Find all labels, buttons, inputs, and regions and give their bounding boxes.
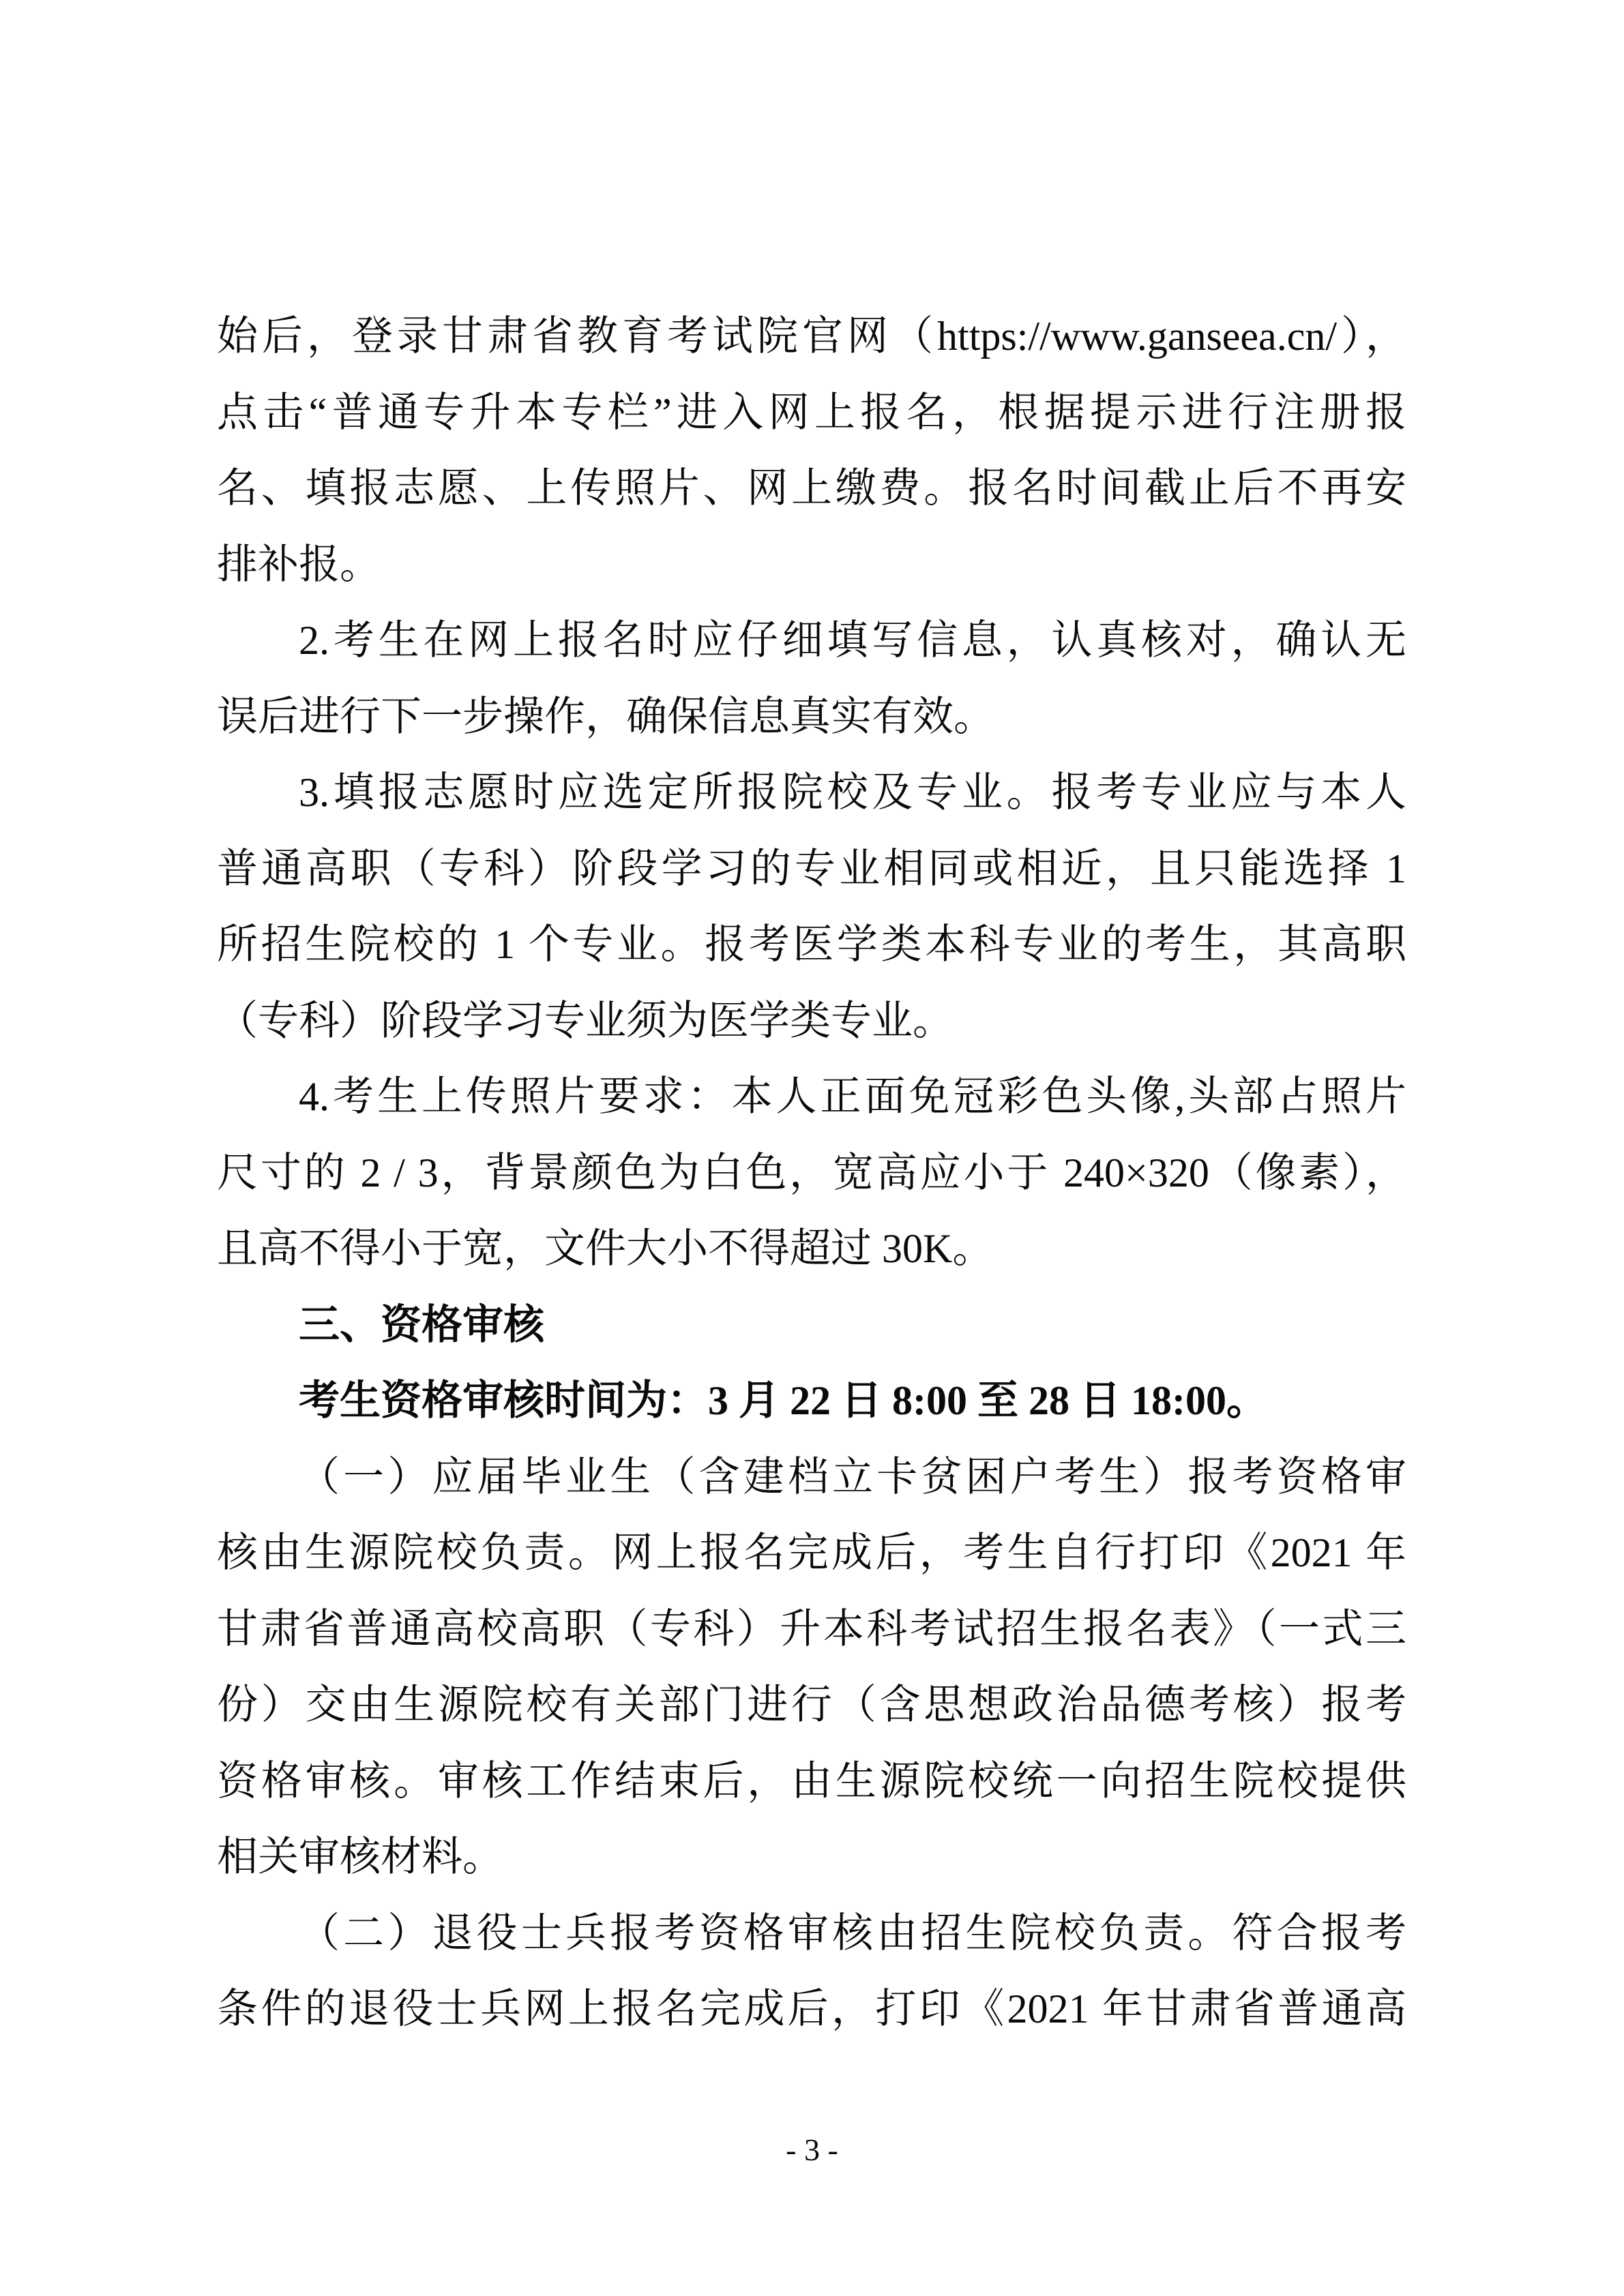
paragraph: 4.考生上传照片要求：本人正面免冠彩色头像,头部占照片 尺寸的 2 / 3，背景…	[217, 1059, 1406, 1287]
text-line: （二）退役士兵报考资格审核由招生院校负责。符合报考	[217, 1896, 1406, 1972]
text-line: 2.考生在网上报名时应仔细填写信息，认真核对，确认无	[217, 603, 1406, 679]
text-line: 份）交由生源院校有关部门进行（含思想政治品德考核）报考	[217, 1667, 1406, 1744]
text-line: （一）应届毕业生（含建档立卡贫困户考生）报考资格审	[217, 1440, 1406, 1516]
section-heading: 三、资格审核	[217, 1287, 1406, 1364]
text-line: 所招生院校的 1 个专业。报考医学类本科专业的考生，其高职	[217, 907, 1406, 983]
text-line: 甘肃省普通高校高职（专科）升本科考试招生报名表》（一式三	[217, 1592, 1406, 1668]
paragraph: （一）应届毕业生（含建档立卡贫困户考生）报考资格审 核由生源院校负责。网上报名完…	[217, 1440, 1406, 1896]
text-line: 普通高职（专科）阶段学习的专业相同或相近，且只能选择 1	[217, 831, 1406, 908]
text-line: 始后，登录甘肃省教育考试院官网（https://www.ganseea.cn/）…	[217, 299, 1406, 375]
text-line: 相关审核材料。	[217, 1819, 1406, 1896]
page: 始后，登录甘肃省教育考试院官网（https://www.ganseea.cn/）…	[0, 0, 1624, 2296]
text-line: 4.考生上传照片要求：本人正面免冠彩色头像,头部占照片	[217, 1059, 1406, 1135]
text-line: 核由生源院校负责。网上报名完成后，考生自行打印《2021 年	[217, 1515, 1406, 1592]
page-number: - 3 -	[0, 2132, 1624, 2168]
text-line: 3.填报志愿时应选定所报院校及专业。报考专业应与本人	[217, 755, 1406, 831]
text-line: 条件的退役士兵网上报名完成后，打印《2021 年甘肃省普通高	[217, 1971, 1406, 2048]
text-line: 资格审核。审核工作结束后，由生源院校统一向招生院校提供	[217, 1744, 1406, 1820]
review-time-line: 考生资格审核时间为：3 月 22 日 8:00 至 28 日 18:00。	[217, 1363, 1406, 1440]
text-line: （专科）阶段学习专业须为医学类专业。	[217, 983, 1406, 1060]
text-line: 且高不得小于宽，文件大小不得超过 30K。	[217, 1211, 1406, 1287]
text-line: 点击“普通专升本专栏”进入网上报名，根据提示进行注册报	[217, 375, 1406, 451]
paragraph: 2.考生在网上报名时应仔细填写信息，认真核对，确认无 误后进行下一步操作，确保信…	[217, 603, 1406, 755]
paragraph: 考生资格审核时间为：3 月 22 日 8:00 至 28 日 18:00。	[217, 1363, 1406, 1440]
text-line: 排补报。	[217, 527, 1406, 603]
text-line: 尺寸的 2 / 3，背景颜色为白色，宽高应小于 240×320（像素），	[217, 1135, 1406, 1212]
paragraph: 始后，登录甘肃省教育考试院官网（https://www.ganseea.cn/）…	[217, 299, 1406, 603]
paragraph: 三、资格审核	[217, 1287, 1406, 1364]
text-block: 始后，登录甘肃省教育考试院官网（https://www.ganseea.cn/）…	[217, 299, 1406, 2048]
paragraph: （二）退役士兵报考资格审核由招生院校负责。符合报考 条件的退役士兵网上报名完成后…	[217, 1896, 1406, 2048]
text-line: 名、填报志愿、上传照片、网上缴费。报名时间截止后不再安	[217, 451, 1406, 527]
text-line: 误后进行下一步操作，确保信息真实有效。	[217, 679, 1406, 756]
paragraph: 3.填报志愿时应选定所报院校及专业。报考专业应与本人 普通高职（专科）阶段学习的…	[217, 755, 1406, 1059]
